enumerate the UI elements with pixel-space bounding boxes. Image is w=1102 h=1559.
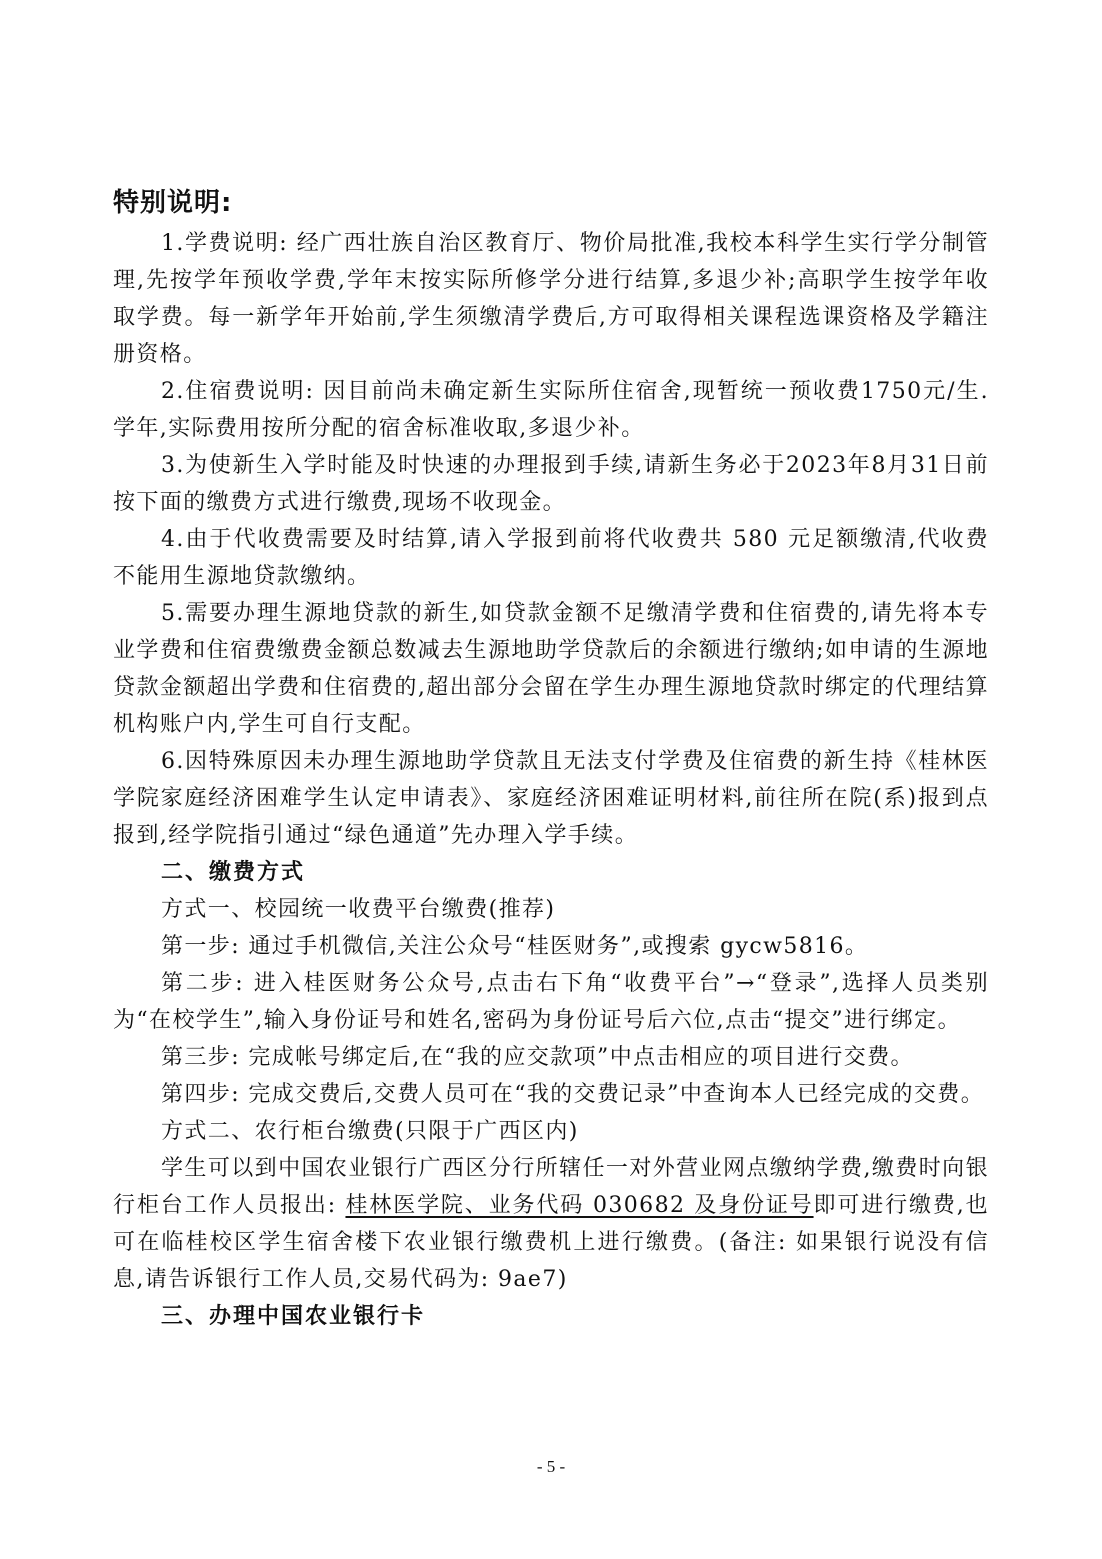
section-payment-methods-heading: 二、缴费方式	[113, 854, 989, 891]
method1-step4: 第四步: 完成交费后,交费人员可在“我的交费记录”中查询本人已经完成的交费。	[113, 1076, 989, 1113]
section-abc-card-heading: 三、办理中国农业银行卡	[113, 1298, 989, 1335]
method2-business-code: 桂林医学院、业务代码 030682 及身份证号	[345, 1193, 813, 1218]
note-student-loan: 5.需要办理生源地贷款的新生,如贷款金额不足缴清学费和住宿费的,请先将本专业学费…	[113, 595, 989, 743]
note-deadline: 3.为使新生入学时能及时快速的办理报到手续,请新生务必于2023年8月31日前按…	[113, 447, 989, 521]
note-green-channel: 6.因特殊原因未办理生源地助学贷款且无法支付学费及住宿费的新生持《桂林医学院家庭…	[113, 743, 989, 854]
method1-title: 方式一、校园统一收费平台缴费(推荐)	[113, 891, 989, 928]
page-number: - 5 -	[0, 1457, 1102, 1477]
note-tuition: 1.学费说明: 经广西壮族自治区教育厅、物价局批准,我校本科学生实行学分制管理,…	[113, 225, 989, 373]
method1-step3: 第三步: 完成帐号绑定后,在“我的应交款项”中点击相应的项目进行交费。	[113, 1039, 989, 1076]
method2-paragraph: 学生可以到中国农业银行广西区分行所辖任一对外营业网点缴纳学费,缴费时向银行柜台工…	[113, 1150, 989, 1298]
special-notes-title: 特别说明:	[113, 183, 989, 225]
method2-title: 方式二、农行柜台缴费(只限于广西区内)	[113, 1113, 989, 1150]
note-accommodation: 2.住宿费说明: 因目前尚未确定新生实际所住宿舍,现暂统一预收费1750元/生.…	[113, 373, 989, 447]
note-agency-fee: 4.由于代收费需要及时结算,请入学报到前将代收费共 580 元足额缴清,代收费不…	[113, 521, 989, 595]
document-page: 特别说明: 1.学费说明: 经广西壮族自治区教育厅、物价局批准,我校本科学生实行…	[113, 183, 989, 1335]
method1-step2: 第二步: 进入桂医财务公众号,点击右下角“收费平台”→“登录”,选择人员类别为“…	[113, 965, 989, 1039]
method1-step1: 第一步: 通过手机微信,关注公众号“桂医财务”,或搜索 gycw5816。	[113, 928, 989, 965]
